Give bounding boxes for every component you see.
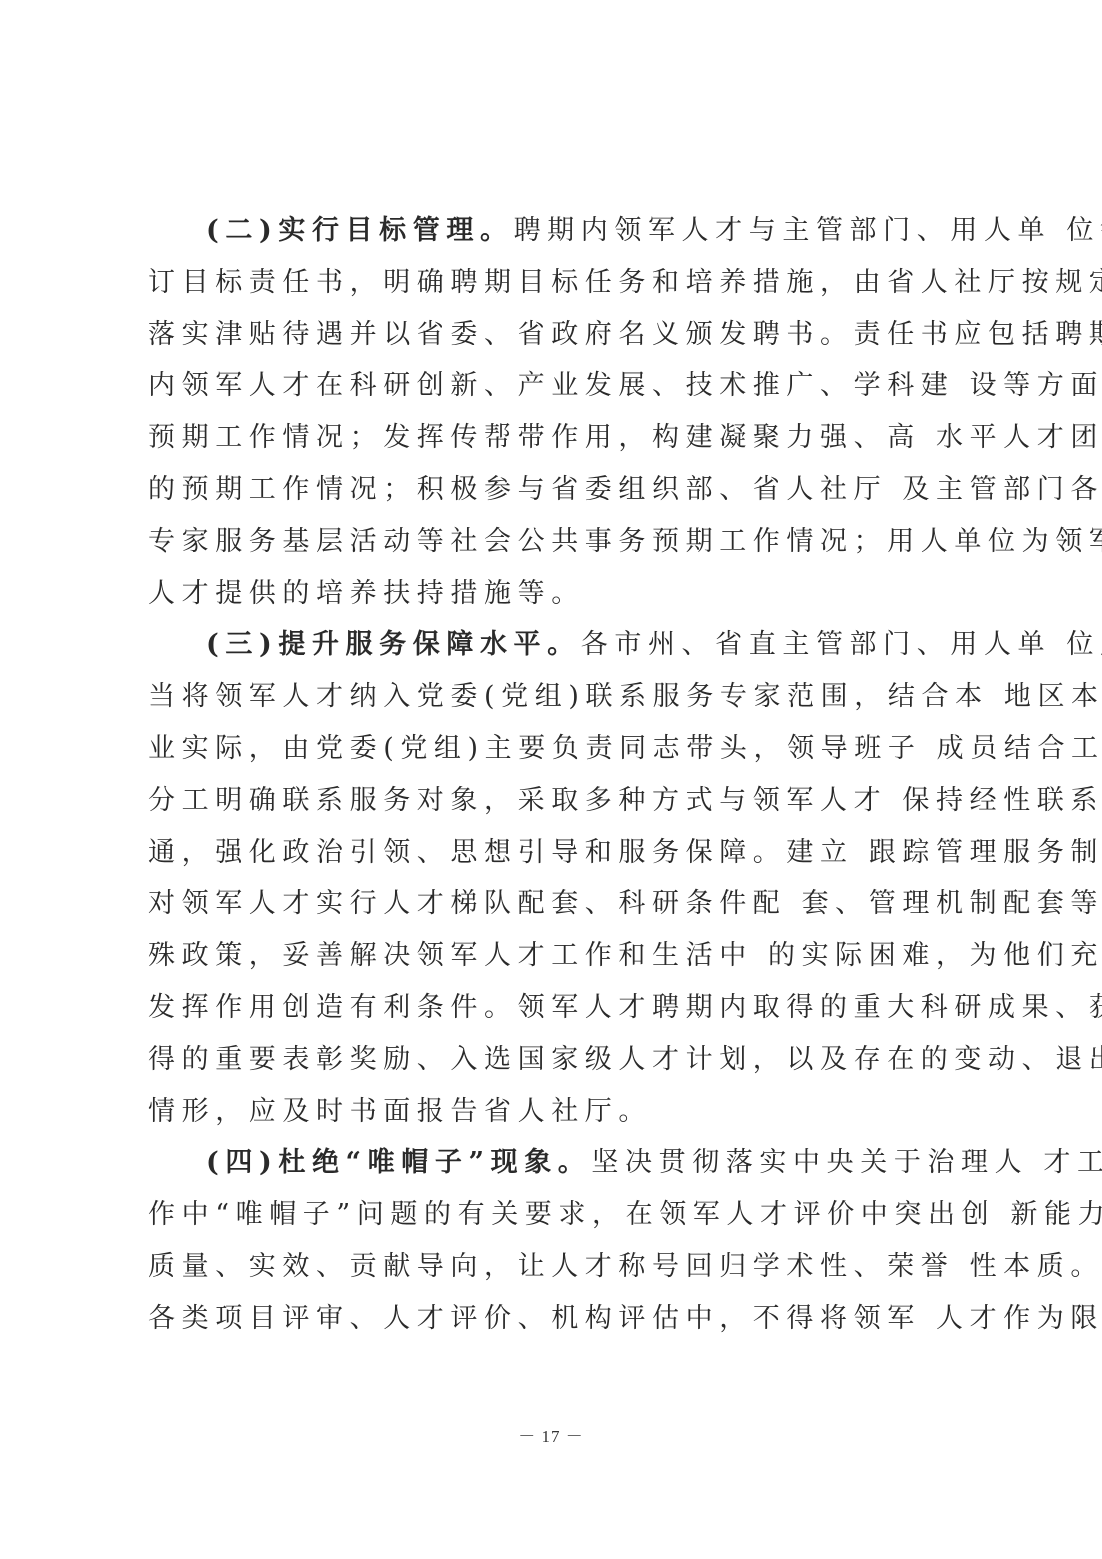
section-heading: (二)实行目标管理。 — [206, 215, 514, 246]
paragraph-text: 坚决贯彻落实中央关于治理人 才工 — [591, 1147, 1102, 1178]
paragraph-line: (四)杜绝“唯帽子”现象。坚决贯彻落实中央关于治理人 才工 — [148, 1137, 968, 1189]
paragraph-line: 通，强化政治引领、思想引导和服务保障。建立 跟踪管理服务制度， — [148, 827, 968, 879]
paragraph-line: 订目标责任书，明确聘期目标任务和培养措施，由省人社厅按规定 — [148, 257, 968, 309]
paragraph-line: 情形，应及时书面报告省人社厅。 — [148, 1086, 968, 1138]
page-number: － 17 － — [0, 1422, 1102, 1447]
paragraph-line: 预期工作情况；发挥传帮带作用，构建凝聚力强、高 水平人才团队 — [148, 412, 968, 464]
paragraph-text: 聘期内领军人才与主管部门、用人单 位签 — [514, 215, 1102, 246]
paragraph-line: (二)实行目标管理。聘期内领军人才与主管部门、用人单 位签 — [148, 205, 968, 257]
paragraph-line: 对领军人才实行人才梯队配套、科研条件配 套、管理机制配套等特 — [148, 878, 968, 930]
paragraph-line: 质量、实效、贡献导向，让人才称号回归学术性、荣誉 性本质。在 — [148, 1241, 968, 1293]
paragraph-line: 当将领军人才纳入党委(党组)联系服务专家范围，结合本 地区本行 — [148, 671, 968, 723]
body-text: (二)实行目标管理。聘期内领军人才与主管部门、用人单 位签 订目标责任书，明确聘… — [148, 205, 968, 1345]
document-page: (二)实行目标管理。聘期内领军人才与主管部门、用人单 位签 订目标责任书，明确聘… — [0, 0, 1102, 1559]
paragraph-line: 得的重要表彰奖励、入选国家级人才计划，以及存在的变动、退出 — [148, 1034, 968, 1086]
paragraph-line: 专家服务基层活动等社会公共事务预期工作情况；用人单位为领军 — [148, 516, 968, 568]
paragraph-line: 的预期工作情况；积极参与省委组织部、省人社厅 及主管部门各类 — [148, 464, 968, 516]
paragraph-line: 作中“唯帽子”问题的有关要求，在领军人才评价中突出创 新能力、 — [148, 1189, 968, 1241]
paragraph-line: 内领军人才在科研创新、产业发展、技术推广、学科建 设等方面的 — [148, 360, 968, 412]
section-heading: (三)提升服务保障水平。 — [206, 629, 581, 660]
paragraph-line: 落实津贴待遇并以省委、省政府名义颁发聘书。责任书应包括聘期 — [148, 309, 968, 361]
paragraph-line: 分工明确联系服务对象，采取多种方式与领军人才 保持经性联系沟 — [148, 775, 968, 827]
paragraph-line: 业实际，由党委(党组)主要负责同志带头，领导班子 成员结合工作 — [148, 723, 968, 775]
paragraph-line: 各类项目评审、人才评价、机构评估中，不得将领军 人才作为限制 — [148, 1293, 968, 1345]
paragraph-line: 发挥作用创造有利条件。领军人才聘期内取得的重大科研成果、获 — [148, 982, 968, 1034]
paragraph-line: 殊政策，妥善解决领军人才工作和生活中 的实际困难，为他们充分 — [148, 930, 968, 982]
paragraph-text: 各市州、省直主管部门、用人单 位应 — [581, 629, 1102, 660]
paragraph-line: 人才提供的培养扶持措施等。 — [148, 568, 968, 620]
paragraph-line: (三)提升服务保障水平。各市州、省直主管部门、用人单 位应 — [148, 619, 968, 671]
section-heading: (四)杜绝“唯帽子”现象。 — [206, 1147, 591, 1178]
